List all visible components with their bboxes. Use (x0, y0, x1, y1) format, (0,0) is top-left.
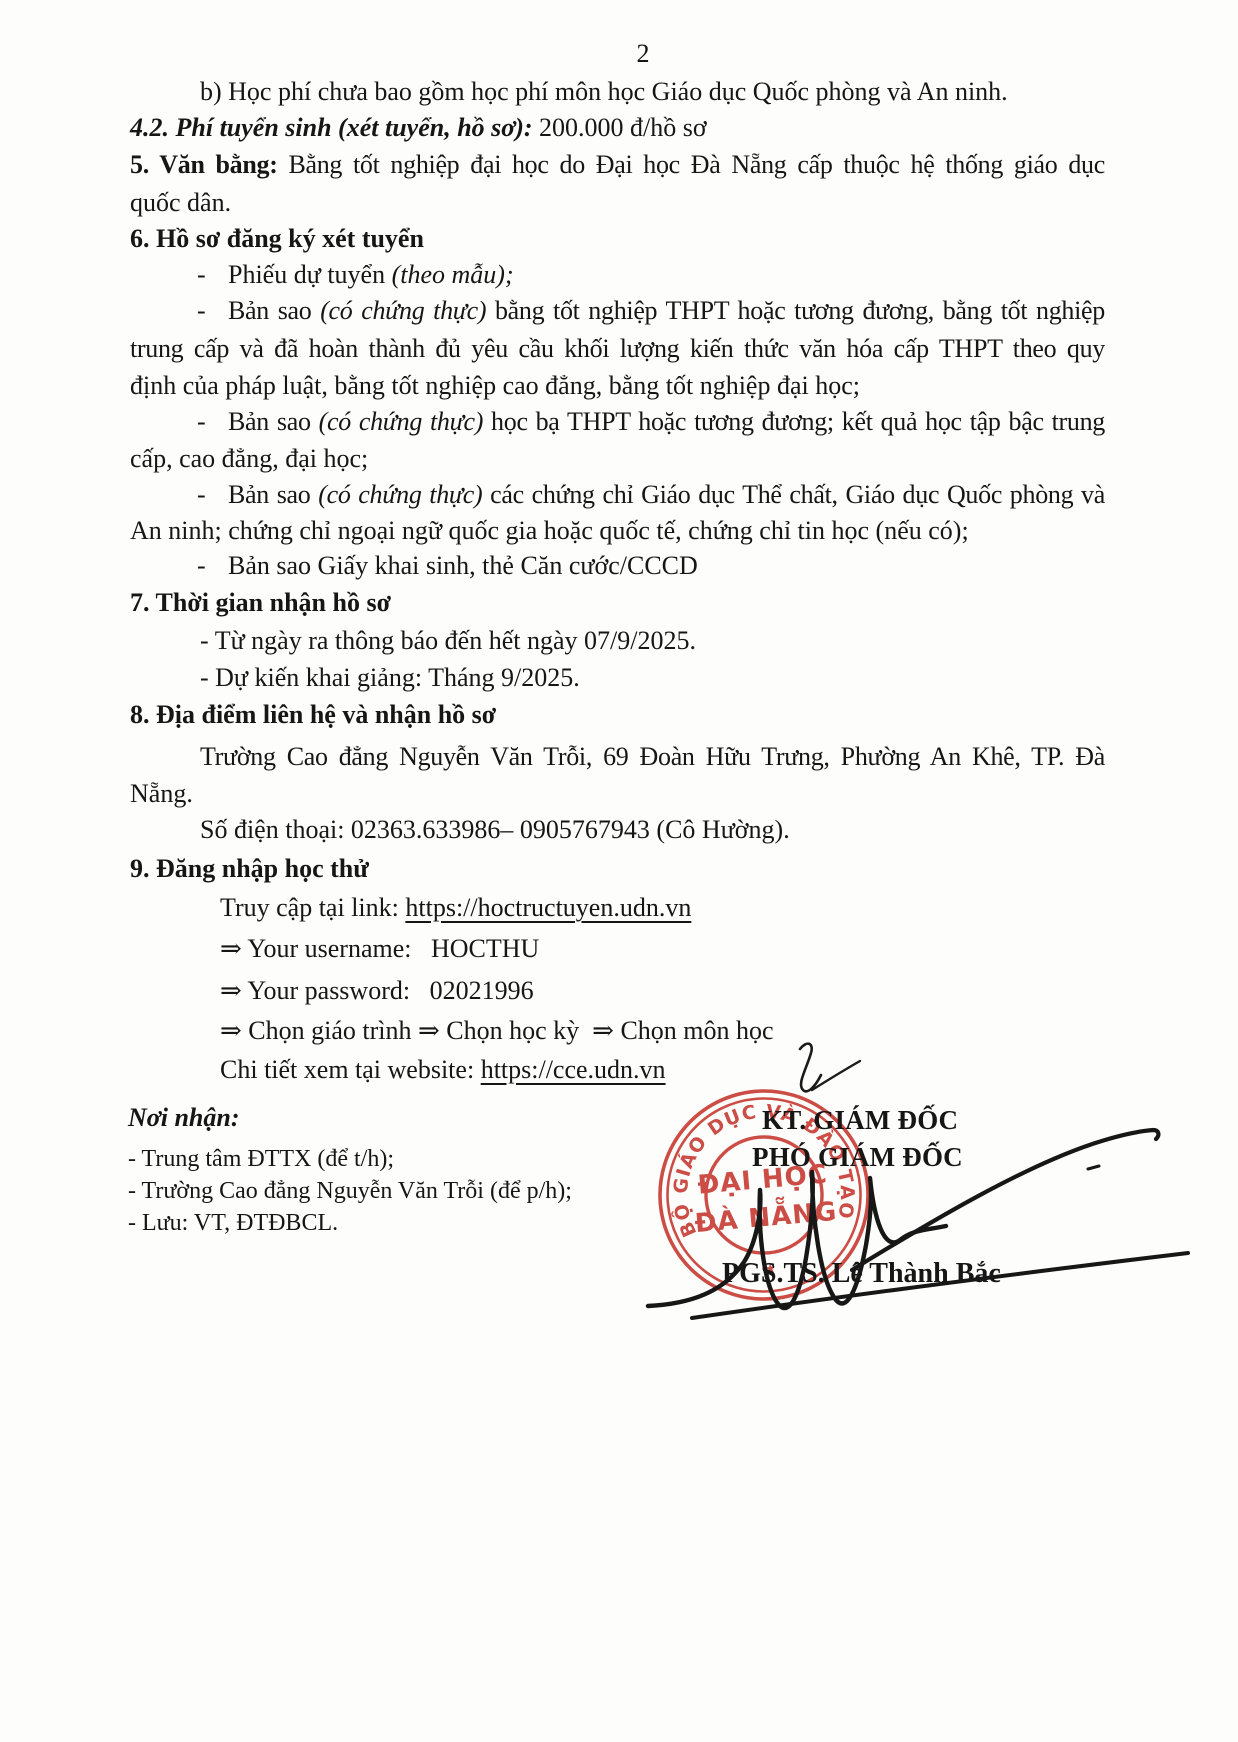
text-segment: 200.000 đ/hồ sơ (539, 113, 707, 142)
phone-line: Số điện thoại: 02363.633986– 0905767943 … (200, 812, 790, 848)
admission-fee-line: 4.2. Phí tuyển sinh (xét tuyển, hồ sơ): … (130, 110, 707, 146)
text-segment: các chứng chỉ Giáo dục Thể chất, Giáo dụ… (482, 480, 1105, 509)
place-heading: 8. Địa điểm liên hệ và nhận hồ sơ (130, 697, 496, 733)
text-segment: Bản sao (228, 407, 319, 436)
dossier-item-3-line-1: Bản sao (có chứng thực) học bạ THPT hoặc… (228, 404, 1105, 440)
dossier-item-4-line-1: Bản sao (có chứng thực) các chứng chỉ Gi… (228, 477, 1105, 513)
dossier-item-4-line-2: An ninh; chứng chỉ ngoại ngữ quốc gia ho… (130, 513, 969, 549)
recipient-item: - Lưu: VT, ĐTĐBCL. (128, 1207, 338, 1239)
dossier-item-2-line-2: trung cấp và đã hoàn thành đủ yêu cầu kh… (130, 331, 1105, 367)
dossier-item-1-dash: - (197, 257, 206, 293)
place-line-1: Trường Cao đẳng Nguyễn Văn Trỗi, 69 Đoàn… (200, 739, 1105, 775)
link-cce: https://cce.udn.vn (481, 1055, 666, 1084)
website-line: Chi tiết xem tại website: https://cce.ud… (220, 1052, 666, 1088)
text-segment: Bản sao (228, 296, 320, 325)
text-segment: Phiếu dự tuyển (228, 260, 392, 289)
time-item-1: - Từ ngày ra thông báo đến hết ngày 07/9… (200, 623, 696, 659)
text-segment: Bằng tốt nghiệp đại học do Đại học Đà Nẵ… (288, 150, 1105, 179)
signer-name: PGS.TS. Lê Thành Bắc (722, 1256, 1001, 1292)
text-segment: (có chứng thực) (318, 480, 482, 509)
trial-heading: 9. Đăng nhập học thử (130, 851, 369, 887)
dossier-item-2-line-3: định của pháp luật, bằng tốt nghiệp cao … (130, 368, 860, 404)
scanned-document-page: 2 b) Học phí chưa bao gồm học phí môn họ… (0, 0, 1238, 1742)
time-item-2: - Dự kiến khai giảng: Tháng 9/2025. (200, 660, 580, 696)
recipient-item: - Trường Cao đẳng Nguyễn Văn Trỗi (để p/… (128, 1175, 572, 1207)
degree-line-1: 5. Văn bằng: Bằng tốt nghiệp đại học do … (130, 147, 1105, 183)
trial-username-line: ⇒ Your username: HOCTHU (220, 931, 539, 967)
dossier-item-3-line-2: cấp, cao đẳng, đại học; (130, 441, 368, 477)
text-segment: học bạ THPT hoặc tương đương; kết quả họ… (483, 407, 1105, 436)
text-segment: Truy cập tại link: (220, 893, 405, 922)
link-hoctructuyen: https://hoctructuyen.udn.vn (405, 893, 691, 922)
text-segment: 5. Văn bằng: (130, 150, 288, 179)
tuition-note-line: b) Học phí chưa bao gồm học phí môn học … (200, 74, 1008, 110)
signature-dot (1088, 1166, 1099, 1169)
text-segment: bằng tốt nghiệp THPT hoặc tương đương, b… (486, 296, 1105, 325)
text-segment: (có chứng thực) (319, 407, 484, 436)
dossier-item-4-dash: - (197, 477, 206, 513)
place-line-2: Nẵng. (130, 776, 193, 812)
dossier-item-2-dash: - (197, 293, 206, 329)
trial-steps-line: ⇒ Chọn giáo trình ⇒ Chọn học kỳ ⇒ Chọn m… (220, 1013, 774, 1049)
dossier-item-3-dash: - (197, 404, 206, 440)
text-segment: 4.2. Phí tuyển sinh (xét tuyển, hồ sơ): (130, 113, 539, 142)
dossier-heading: 6. Hồ sơ đăng ký xét tuyển (130, 221, 424, 257)
recipients-heading: Nơi nhận: (128, 1100, 240, 1136)
page-number: 2 (135, 36, 1151, 72)
text-segment: Bản sao (228, 480, 318, 509)
trial-link-line: Truy cập tại link: https://hoctructuyen.… (220, 890, 691, 926)
recipient-item: - Trung tâm ĐTTX (để t/h); (128, 1143, 394, 1175)
time-heading: 7. Thời gian nhận hồ sơ (130, 585, 391, 621)
dossier-item-5-text: Bản sao Giấy khai sinh, thẻ Căn cước/CCC… (228, 548, 698, 584)
text-segment: (theo mẫu); (392, 260, 514, 289)
text-segment: (có chứng thực) (320, 296, 486, 325)
text-segment: Chi tiết xem tại website: (220, 1055, 481, 1084)
signer-role-line: PHÓ GIÁM ĐỐC (752, 1139, 963, 1175)
dossier-item-2-line-1: Bản sao (có chứng thực) bằng tốt nghiệp … (228, 293, 1105, 329)
signer-kt-line: KT. GIÁM ĐỐC (762, 1102, 958, 1138)
trial-password-line: ⇒ Your password: 02021996 (220, 973, 534, 1009)
degree-line-2: quốc dân. (130, 185, 231, 221)
dossier-item-5-dash: - (197, 548, 206, 584)
dossier-item-1-text: Phiếu dự tuyển (theo mẫu); (228, 257, 514, 293)
